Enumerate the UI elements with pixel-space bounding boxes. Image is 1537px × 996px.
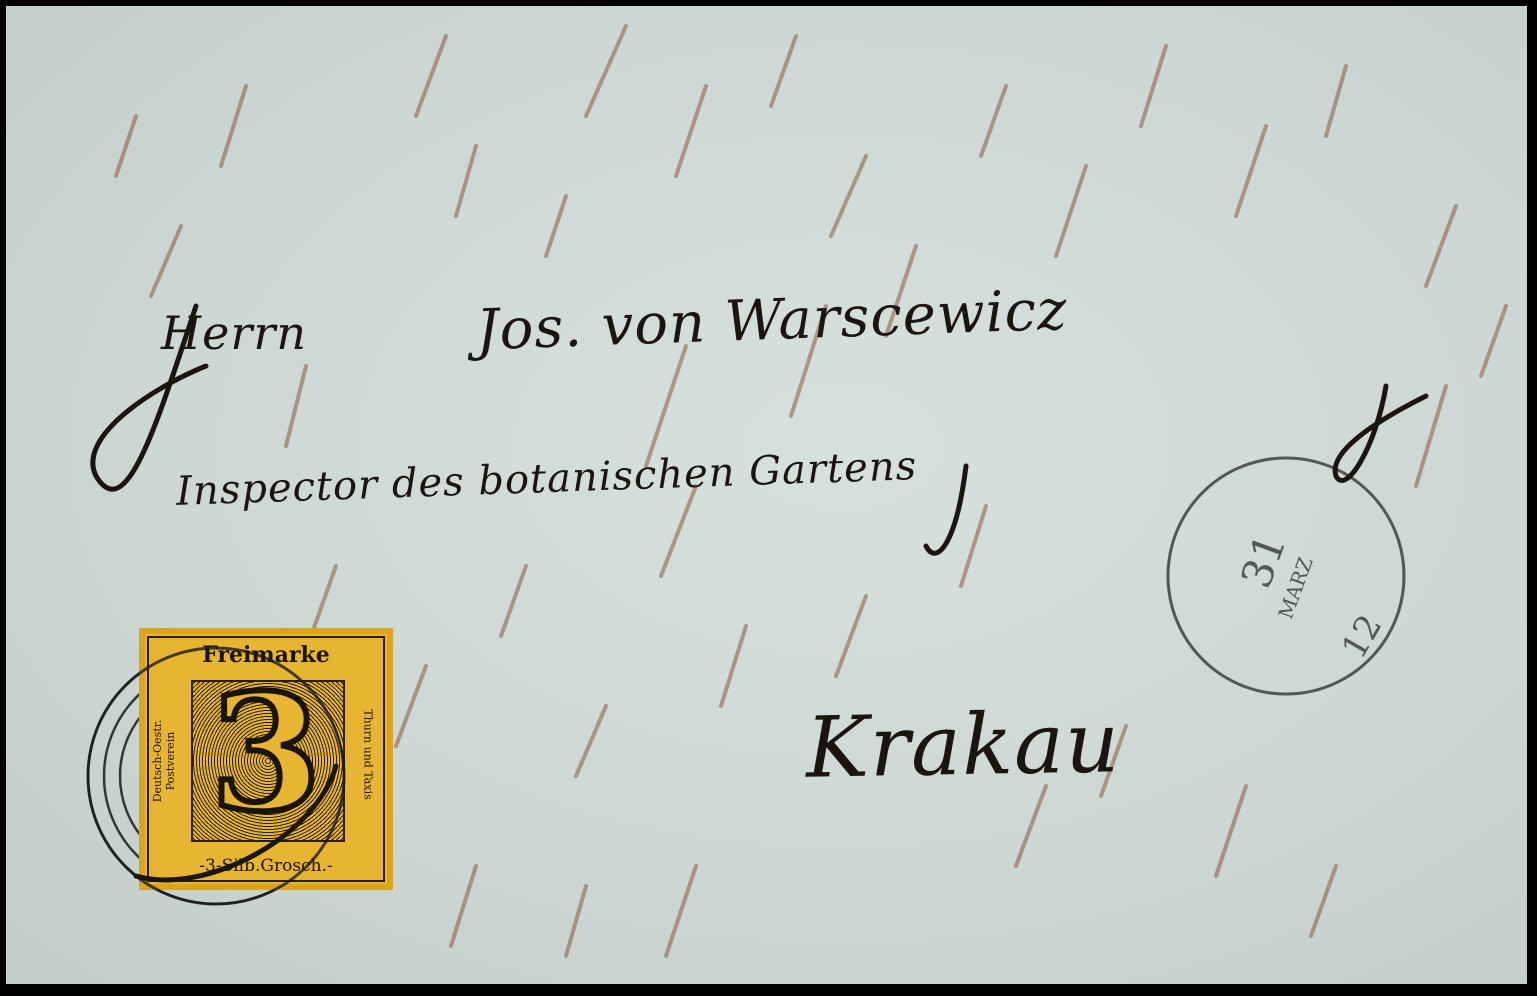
flourish-strokes [6,6,1527,984]
image-frame: Freimarke 3 Deutsch-Oestr. Postverein Th… [0,0,1537,996]
letter-cover: Freimarke 3 Deutsch-Oestr. Postverein Th… [6,6,1527,984]
